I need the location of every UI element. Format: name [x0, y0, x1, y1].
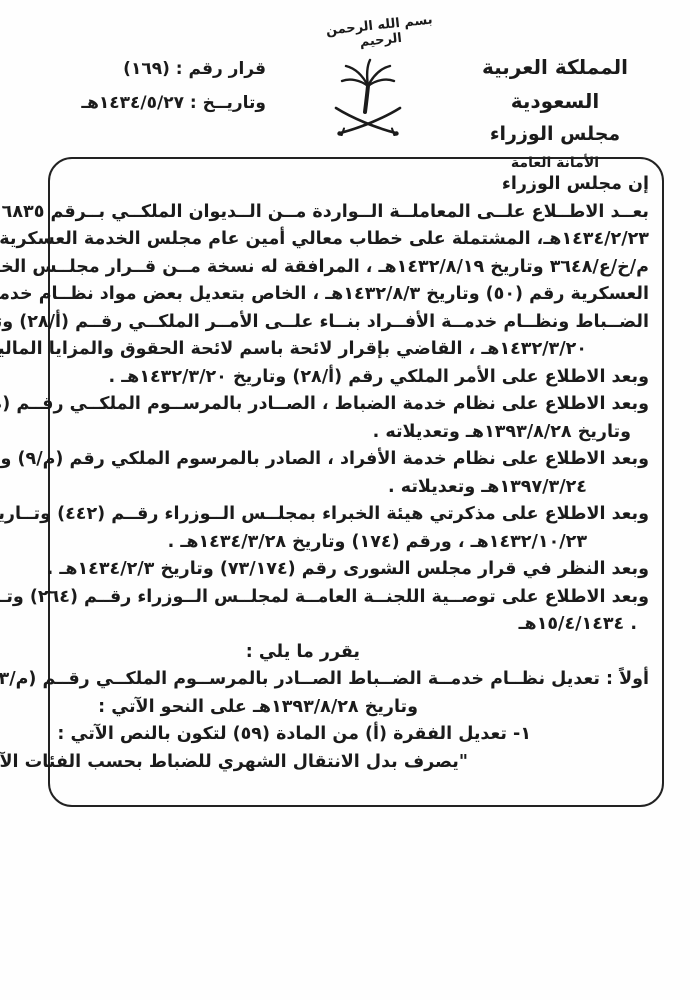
council-name: مجلس الوزراء — [440, 118, 670, 150]
basmala-calligraphy: بسم الله الرحمن الرحيم — [304, 10, 456, 56]
decree-line-date-continuation: ١٥/٤/١٤٣٤هـ . — [71, 611, 649, 639]
decree-subclause-line: ١- تعديل الفقرة (أ) من المادة (٥٩) لتكون… — [71, 721, 649, 749]
decision-number-value: (١٦٩) — [123, 59, 170, 79]
decree-line: العسكرية رقم (٥٠) وتاريخ ١٤٣٢/٨/٣هـ ، ال… — [71, 281, 649, 309]
decision-date-label: وتاريــخ : — [190, 93, 266, 113]
decision-number-label: قرار رقم : — [176, 59, 266, 79]
decree-line: الضــباط ونظــام خدمــة الأفــراد بنــاء… — [71, 309, 649, 337]
decree-line: وبعد الاطلاع على مذكرتي هيئة الخبراء بمج… — [71, 501, 649, 529]
decree-line: بعــد الاطــلاع علــى المعاملــة الــوار… — [71, 199, 649, 227]
decree-line: م/خ/ع/٣٦٤٨ وتاريخ ١٤٣٢/٨/١٩هـ ، المرافقة… — [71, 254, 649, 282]
decision-date-line: وتاريــخ : ١٤٣٤/٥/٢٧هـ — [40, 90, 266, 116]
decision-meta: قرار رقم : (١٦٩) وتاريــخ : ١٤٣٤/٥/٢٧هـ — [40, 56, 266, 124]
decree-line: وبعد الاطلاع على نظام خدمة الأفراد ، الص… — [71, 446, 649, 474]
decree-line: وتاريخ ١٣٩٣/٨/٢٨هـ وتعديلاته . — [71, 419, 649, 447]
scanned-decree-page: بسم الله الرحمن الرحيم المملكة العربية ا… — [0, 0, 700, 1000]
decision-number-line: قرار رقم : (١٦٩) — [40, 56, 266, 82]
decree-line: وتاريخ ١٣٩٣/٨/٢٨هـ على النحو الآتي : — [71, 694, 649, 722]
decree-body-frame: إن مجلس الوزراء بعــد الاطــلاع علــى ال… — [48, 157, 664, 807]
decree-quoted-text-line: "يصرف بدل الانتقال الشهري للضباط بحسب ال… — [71, 749, 649, 777]
decree-line: ١٤٣٤/٢/٢٣هـ، المشتملة على خطاب معالي أمي… — [71, 226, 649, 254]
decree-line: إن مجلس الوزراء — [71, 171, 649, 199]
decree-line: وبعد الاطلاع على الأمر الملكي رقم (أ/٢٨)… — [71, 364, 649, 392]
decree-line: وبعد الاطلاع على توصــية اللجنــة العامـ… — [71, 584, 649, 612]
decree-line: وبعد الاطلاع على نظام خدمة الضباط ، الصـ… — [71, 391, 649, 419]
decree-clause-first: أولاً : تعديل نظــام خدمــة الضــباط الص… — [71, 666, 649, 694]
saudi-palm-and-crossed-swords-icon — [330, 56, 406, 136]
decree-line: ١٤٣٢/١٠/٢٣هـ ، ورقم (١٧٤) وتاريخ ١٤٣٤/٣/… — [71, 529, 649, 557]
decree-line: ١٣٩٧/٣/٢٤هـ وتعديلاته . — [71, 474, 649, 502]
kingdom-name: المملكة العربية السعودية — [440, 50, 670, 118]
decree-line: وبعد النظر في قرار مجلس الشورى رقم (٧٣/١… — [71, 556, 649, 584]
decree-resolves-line: يقرر ما يلي : — [71, 639, 649, 667]
decree-line: ١٤٣٢/٣/٢٠هـ ، القاضي بإقرار لائحة باسم ل… — [71, 336, 649, 364]
decision-date-value: ١٤٣٤/٥/٢٧هـ — [81, 93, 184, 113]
